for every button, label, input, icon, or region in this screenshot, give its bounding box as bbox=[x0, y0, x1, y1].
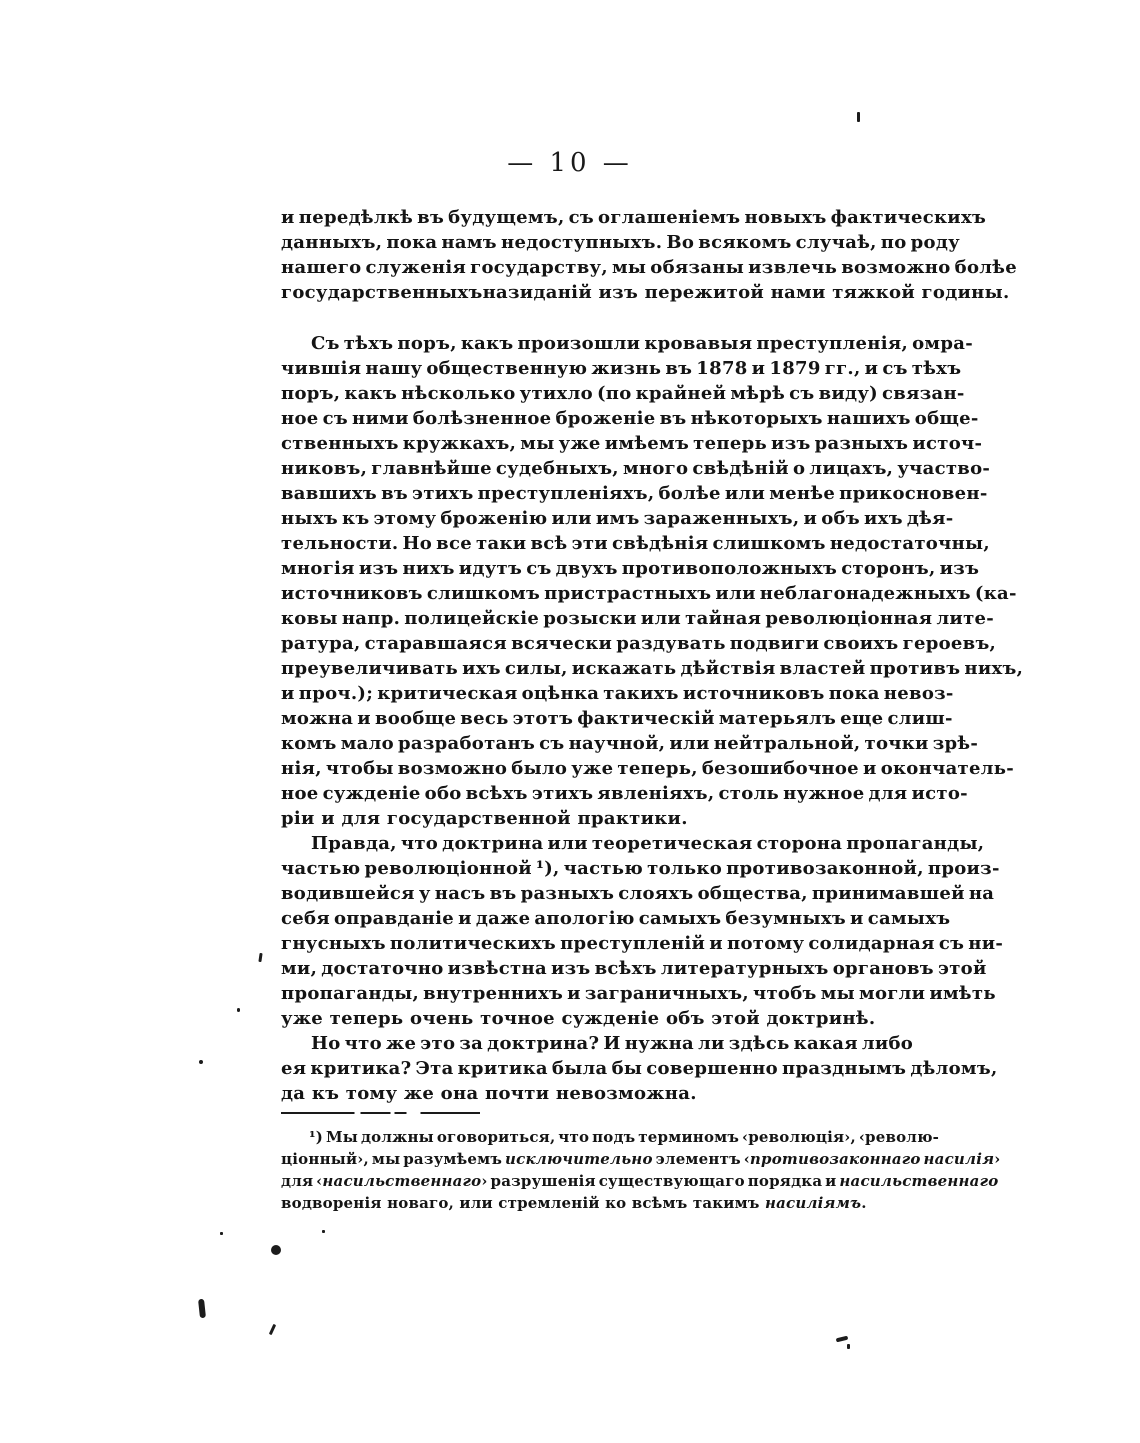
text-line: ныхъ къ этому броженію или имъ зараженны… bbox=[281, 506, 883, 531]
text-line: пропаганды, внутреннихъ и заграничныхъ, … bbox=[281, 981, 883, 1006]
text-line: частью революціонной ¹), частью только п… bbox=[281, 856, 883, 881]
text-line-content: да къ тому же она почти невозможна. bbox=[281, 1083, 697, 1104]
text-line: нашего служенія государству, мы обязаны … bbox=[281, 255, 883, 280]
text-line: никовъ, главнѣйше судебныхъ, много свѣдѣ… bbox=[281, 456, 883, 481]
ink-speck bbox=[198, 1299, 206, 1319]
text-line: ственныхъ кружкахъ, мы уже имѣемъ теперь… bbox=[281, 431, 883, 456]
footnote: ¹) Мы должны оговориться, что подъ терми… bbox=[281, 1126, 883, 1214]
text-line: ковы напр. полицейскіе розыски или тайна… bbox=[281, 606, 883, 631]
ink-speck bbox=[199, 1060, 203, 1064]
text-line-content: пропаганды, внутреннихъ и заграничныхъ, … bbox=[281, 983, 996, 1004]
ink-speck bbox=[322, 1230, 325, 1233]
text-line: ріи и для государственной практики. bbox=[281, 806, 883, 831]
footnote-line: ¹) Мы должны оговориться, что подъ терми… bbox=[281, 1126, 883, 1148]
text-line: комъ мало разработанъ съ научной, или не… bbox=[281, 731, 883, 756]
text-line: и проч.); критическая оцѣнка такихъ исто… bbox=[281, 681, 883, 706]
text-line-content: нашего служенія государству, мы обязаны … bbox=[281, 257, 1017, 278]
text-line: ми, достаточно извѣстна изъ всѣхъ литера… bbox=[281, 956, 883, 981]
text-line: чившія нашу общественную жизнь въ 1878 и… bbox=[281, 356, 883, 381]
text-line-content: источниковъ слишкомъ пристрастныхъ или н… bbox=[281, 583, 1017, 604]
text-line-content: чившія нашу общественную жизнь въ 1878 и… bbox=[281, 358, 961, 379]
page-number: — 10 — bbox=[269, 148, 871, 178]
footnote-lines: ¹) Мы должны оговориться, что подъ терми… bbox=[281, 1126, 883, 1214]
text-line: Но что же это за доктрина? И нужна ли зд… bbox=[281, 1031, 883, 1056]
text-line-content: ея критика? Эта критика была бы совершен… bbox=[281, 1058, 998, 1079]
text-line-content: многія изъ нихъ идутъ съ двухъ противопо… bbox=[281, 558, 979, 579]
paragraph: Но что же это за доктрина? И нужна ли зд… bbox=[281, 1031, 883, 1106]
paragraph: Съ тѣхъ поръ, какъ произошли кровавыя пр… bbox=[281, 331, 883, 831]
ink-speck bbox=[237, 1008, 240, 1012]
text-line-content: водившейся у насъ въ разныхъ слояхъ обще… bbox=[281, 883, 994, 904]
text-line: данныхъ, пока намъ недоступныхъ. Во всяк… bbox=[281, 230, 883, 255]
footnote-separator bbox=[281, 1112, 480, 1114]
footnote-line-content: ціонный›, мы разумѣемъ исключительно эле… bbox=[281, 1150, 1000, 1168]
text-line: можна и вообще весь этотъ фактическій ма… bbox=[281, 706, 883, 731]
text-line: государственныхъназиданій изъ пережитой … bbox=[281, 280, 883, 305]
text-line: многія изъ нихъ идутъ съ двухъ противопо… bbox=[281, 556, 883, 581]
paragraph: и передѣлкѣ въ будущемъ, съ оглашеніемъ … bbox=[281, 205, 883, 305]
text-line-content: Но что же это за доктрина? И нужна ли зд… bbox=[311, 1033, 913, 1054]
text-line: себя оправданіе и даже апологію самыхъ б… bbox=[281, 906, 883, 931]
text-line: ратура, старавшаяся всячески раздувать п… bbox=[281, 631, 883, 656]
text-line: источниковъ слишкомъ пристрастныхъ или н… bbox=[281, 581, 883, 606]
ink-speck bbox=[220, 1232, 223, 1235]
footnote-line: ціонный›, мы разумѣемъ исключительно эле… bbox=[281, 1148, 883, 1170]
text-line: и передѣлкѣ въ будущемъ, съ оглашеніемъ … bbox=[281, 205, 883, 230]
text-line-content: ныхъ къ этому броженію или имъ зараженны… bbox=[281, 508, 954, 529]
ink-speck bbox=[836, 1336, 849, 1343]
text-line-content: Съ тѣхъ поръ, какъ произошли кровавыя пр… bbox=[311, 333, 973, 354]
text-line: тельности. Но все таки всѣ эти свѣдѣнія … bbox=[281, 531, 883, 556]
footnote-line-content: ¹) Мы должны оговориться, что подъ терми… bbox=[309, 1128, 939, 1146]
text-line-content: можна и вообще весь этотъ фактическій ма… bbox=[281, 708, 953, 729]
footnote-line: водворенія новаго, или стремленій ко всѣ… bbox=[281, 1192, 883, 1214]
text-line-content: государственныхъназиданій изъ пережитой … bbox=[281, 282, 1010, 303]
text-line: уже теперь очень точное сужденіе объ это… bbox=[281, 1006, 883, 1031]
ink-speck bbox=[271, 1245, 281, 1255]
text-line: преувеличивать ихъ силы, искажать дѣйств… bbox=[281, 656, 883, 681]
paragraph: Правда, что доктрина или теоретическая с… bbox=[281, 831, 883, 1031]
text-line-content: данныхъ, пока намъ недоступныхъ. Во всяк… bbox=[281, 232, 960, 253]
text-line-content: ное сужденіе обо всѣхъ этихъ явленіяхъ, … bbox=[281, 783, 968, 804]
body-paragraphs: и передѣлкѣ въ будущемъ, съ оглашеніемъ … bbox=[281, 205, 883, 1106]
text-block: и передѣлкѣ въ будущемъ, съ оглашеніемъ … bbox=[281, 205, 883, 1214]
text-line-content: и передѣлкѣ въ будущемъ, съ оглашеніемъ … bbox=[281, 207, 986, 228]
text-line-content: гнусныхъ политическихъ преступленій и по… bbox=[281, 933, 1003, 954]
ink-speck bbox=[258, 953, 262, 962]
text-line-content: ратура, старавшаяся всячески раздувать п… bbox=[281, 633, 996, 654]
ink-speck bbox=[857, 112, 860, 122]
text-line: гнусныхъ политическихъ преступленій и по… bbox=[281, 931, 883, 956]
text-line-content: вавшихъ въ этихъ преступленіяхъ, болѣе и… bbox=[281, 483, 988, 504]
text-line-content: поръ, какъ нѣсколько утихло (по крайней … bbox=[281, 383, 965, 404]
text-line: Съ тѣхъ поръ, какъ произошли кровавыя пр… bbox=[281, 331, 883, 356]
text-line: водившейся у насъ въ разныхъ слояхъ обще… bbox=[281, 881, 883, 906]
text-line-content: нія, чтобы возможно было уже теперь, без… bbox=[281, 758, 1014, 779]
text-line-content: Правда, что доктрина или теоретическая с… bbox=[311, 833, 984, 854]
text-line: ея критика? Эта критика была бы совершен… bbox=[281, 1056, 883, 1081]
text-line-content: себя оправданіе и даже апологію самыхъ б… bbox=[281, 908, 950, 929]
text-line-content: никовъ, главнѣйше судебныхъ, много свѣдѣ… bbox=[281, 458, 990, 479]
text-line: нія, чтобы возможно было уже теперь, без… bbox=[281, 756, 883, 781]
text-line: да къ тому же она почти невозможна. bbox=[281, 1081, 883, 1106]
text-line: ное сужденіе обо всѣхъ этихъ явленіяхъ, … bbox=[281, 781, 883, 806]
ink-speck bbox=[847, 1344, 850, 1349]
book-page: — 10 — и передѣлкѣ въ будущемъ, съ оглаш… bbox=[0, 0, 1140, 1443]
text-line-content: ственныхъ кружкахъ, мы уже имѣемъ теперь… bbox=[281, 433, 982, 454]
ink-speck bbox=[269, 1324, 276, 1335]
footnote-line-content: водворенія новаго, или стремленій ко всѣ… bbox=[281, 1194, 867, 1212]
footnote-line: для ‹насильственнаго› разрушенія существ… bbox=[281, 1170, 883, 1192]
text-line-content: ріи и для государственной практики. bbox=[281, 808, 688, 829]
text-line-content: ми, достаточно извѣстна изъ всѣхъ литера… bbox=[281, 958, 987, 979]
text-line: ное съ ними болѣзненное броженіе въ нѣко… bbox=[281, 406, 883, 431]
text-line-content: комъ мало разработанъ съ научной, или не… bbox=[281, 733, 978, 754]
text-line-content: уже теперь очень точное сужденіе объ это… bbox=[281, 1008, 875, 1029]
text-line-content: частью революціонной ¹), частью только п… bbox=[281, 858, 1000, 879]
text-line: Правда, что доктрина или теоретическая с… bbox=[281, 831, 883, 856]
text-line-content: ное съ ними болѣзненное броженіе въ нѣко… bbox=[281, 408, 979, 429]
text-line-content: ковы напр. полицейскіе розыски или тайна… bbox=[281, 608, 994, 629]
text-line: вавшихъ въ этихъ преступленіяхъ, болѣе и… bbox=[281, 481, 883, 506]
text-line: поръ, какъ нѣсколько утихло (по крайней … bbox=[281, 381, 883, 406]
text-line-content: преувеличивать ихъ силы, искажать дѣйств… bbox=[281, 658, 1023, 679]
text-line-content: и проч.); критическая оцѣнка такихъ исто… bbox=[281, 683, 954, 704]
text-line-content: тельности. Но все таки всѣ эти свѣдѣнія … bbox=[281, 533, 990, 554]
footnote-line-content: для ‹насильственнаго› разрушенія существ… bbox=[281, 1172, 998, 1190]
